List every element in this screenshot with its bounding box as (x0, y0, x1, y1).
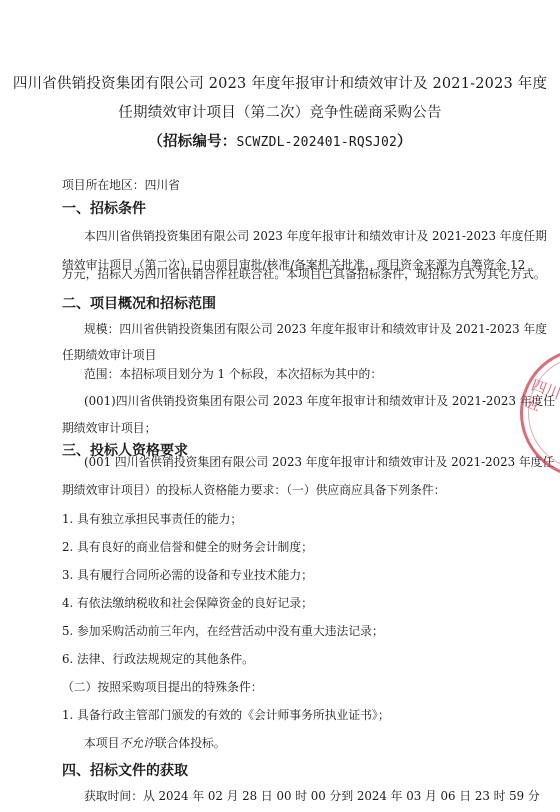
section-1-line: 本四川省供销投资集团有限公司 2023 年度年报审计和绩效审计及 2021-20… (84, 228, 547, 244)
section-heading-1: 一、招标条件 (62, 198, 146, 218)
consortium-suffix: 联合体投标。 (155, 736, 226, 750)
section-3-line: 1. 具备行政主管部门颁发的有效的《会计师事务所执业证书》； (62, 707, 390, 723)
section-3-line: 1. 具有独立承担民事责任的能力； (62, 511, 242, 527)
section-3-line: 4. 有依法缴纳税收和社会保障资金的良好记录； (62, 595, 313, 611)
section-heading-2: 二、项目概况和招标范围 (62, 293, 216, 313)
tender-code: SCWZDL-202401-RQSJ02 (236, 135, 397, 150)
section-2-line: 规模：四川省供销投资集团有限公司 2023 年度年报审计和绩效审计及 2021-… (84, 321, 547, 337)
section-2-line: 期绩效审计项目； (62, 420, 156, 436)
title-line-2: 任期绩效审计项目（第二次）竞争性磋商采购公告 (0, 101, 560, 122)
document-page: 四川省供销投资集团有限公司 2023 年度年报审计和绩效审计及 2021-202… (0, 0, 560, 812)
tender-number-prefix: （招标编号： (148, 133, 236, 150)
consortium-line: 本项目不允许联合体投标。 (84, 735, 226, 751)
tender-number-suffix: ） (397, 133, 412, 150)
region-line: 项目所在地区：四川省 (62, 177, 180, 193)
section-3-line: (001 四川省供销投资集团有限公司 2023 年度年报审计和绩效审计及 202… (84, 454, 554, 470)
section-3-line: 5. 参加采购活动前三年内，在经营活动中没有重大违法记录； (62, 623, 384, 639)
section-3-line: 期绩效审计项目）的投标人资格能力要求：（一）供应商应具备下列条件： (62, 482, 445, 498)
tender-number-line: （招标编号：SCWZDL-202401-RQSJ02） (0, 130, 560, 151)
section-3-line: 6. 法律、行政法规规定的其他条件。 (62, 651, 254, 667)
section-heading-4: 四、招标文件的获取 (62, 760, 188, 780)
section-4-line: 获取时间：从 2024 年 02 月 28 日 00 时 00 分到 2024 … (84, 788, 540, 804)
section-3-line: （二）按照采购项目提出的特殊条件： (62, 679, 263, 695)
consortium-not-allowed: 不允许 (119, 736, 154, 750)
consortium-prefix: 本项目 (84, 736, 119, 750)
section-3-line: 3. 具有履行合同所必需的设备和专业技术能力； (62, 567, 313, 583)
section-2-line: 范围：本招标项目划分为 1 个标段，本次招标为其中的： (84, 366, 382, 382)
title-line-1: 四川省供销投资集团有限公司 2023 年度年报审计和绩效审计及 2021-202… (0, 72, 560, 93)
section-2-line: 任期绩效审计项目 (62, 347, 156, 363)
section-2-line: (001)四川省供销投资集团有限公司 2023 年度年报审计和绩效审计及 202… (84, 393, 555, 409)
section-1-line: 万元，招标人为四川省供销合作社联合社。本项目已具备招标条件，现招标方式为其它方式… (62, 266, 546, 282)
section-3-line: 2. 具有良好的商业信誉和健全的财务会计制度； (62, 539, 313, 555)
